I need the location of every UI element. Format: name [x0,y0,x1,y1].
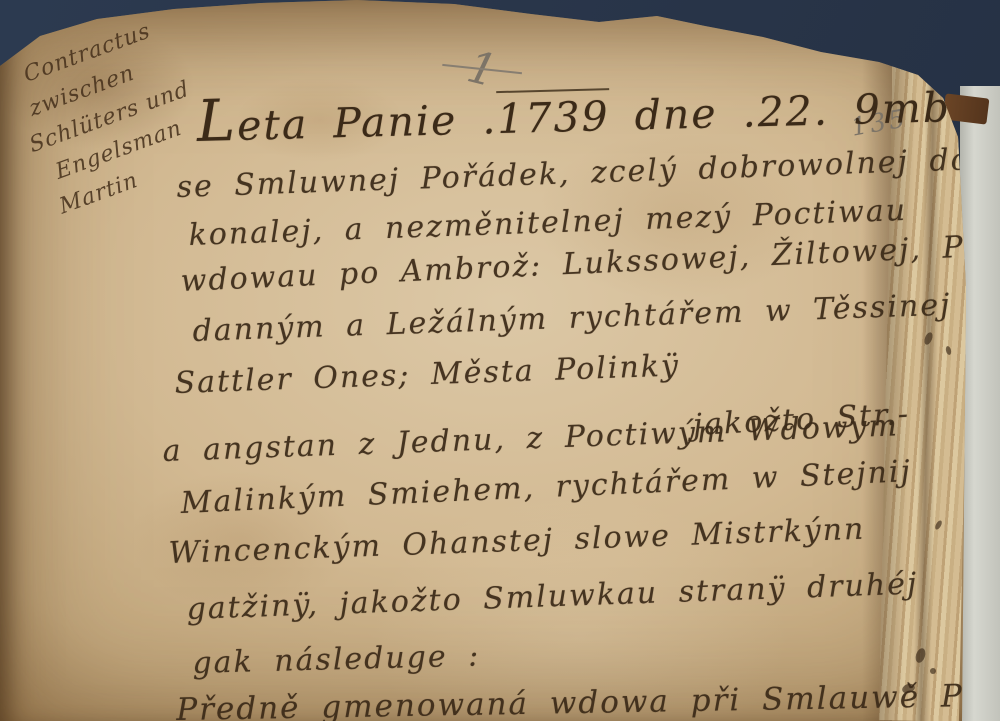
ink-speck [930,668,936,674]
manuscript-page: 1 135 Contractus zwischen Schlüters und … [0,0,966,721]
body-line: gatžinÿ, jakožto Smluwkau stranÿ druhéj [186,566,919,627]
body-line-partial: Předně gmenowaná wdowa při Smlauwě Pir 1… [176,677,1000,721]
body-line: gak následuge : [192,638,481,681]
body-line: danným a Ležálným rychtářem w Těssinej [192,288,952,349]
heading-year: 1739 [497,88,611,143]
page-stack-fore-edge [879,39,973,721]
heading-suffix: dne .22. 9mbris Stalÿ [609,78,1000,140]
body-line: Wincenckým Ohanstej slowe Mistrkýnn [168,512,866,571]
facing-page-strip [960,86,1000,721]
heading-prefix: Leta Panie . [196,80,498,155]
manuscript-photo: 1 135 Contractus zwischen Schlüters und … [0,0,1000,721]
body-line: Sattler Ones; Města Polinkÿ [174,348,680,401]
